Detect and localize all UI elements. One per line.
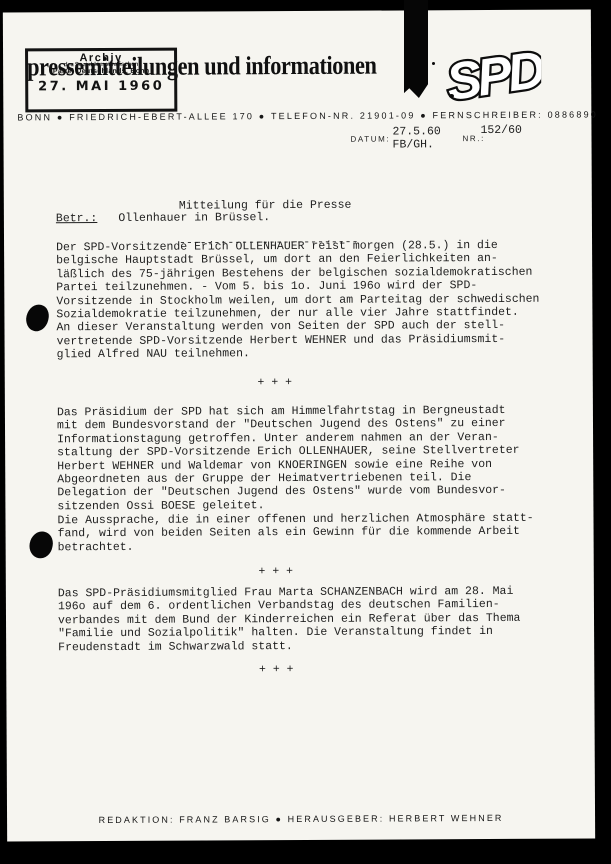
punch-hole-bottom bbox=[28, 530, 55, 560]
stamp-line-party1: der Sozialdemokratischen bbox=[28, 62, 174, 69]
footer-credits: REDAKTION: FRANZ BARSIG ● HERAUSGEBER: H… bbox=[7, 812, 595, 825]
separator-3: + + + bbox=[6, 662, 546, 678]
paragraph-4: Das SPD-Präsidiumsmitglied Frau Marta SC… bbox=[58, 585, 521, 654]
subject-line: Betr.:Ollenhauer in Brüssel. bbox=[56, 211, 270, 226]
archive-stamp: Archiv der Sozialdemokratischen Partei D… bbox=[25, 48, 177, 113]
scanner-background: { "doc": { "masthead": "pressemitteilung… bbox=[0, 0, 611, 864]
stamp-date: 27. MAI 1960 bbox=[28, 79, 174, 95]
spd-logo-text: SPD bbox=[443, 41, 542, 113]
scan-speck bbox=[449, 94, 454, 98]
separator-1: + + + bbox=[5, 375, 545, 391]
subject-text: Ollenhauer in Brüssel. bbox=[118, 211, 270, 225]
nr-value: 152/60 bbox=[480, 124, 521, 138]
paragraph-3: Die Aussprache, die in einer offenen und… bbox=[57, 512, 533, 555]
subject-label: Betr.: bbox=[56, 212, 97, 225]
datum-value: 27.5.60 bbox=[392, 125, 440, 139]
separator-2: + + + bbox=[6, 564, 546, 580]
datum-label: DATUM: bbox=[350, 135, 390, 144]
paragraph-1: Der SPD-Vorsitzende Erich OLLENHAUER rei… bbox=[56, 239, 540, 362]
scan-artifact-strip bbox=[404, 0, 428, 98]
spd-logo-icon: SPD bbox=[441, 30, 541, 119]
paragraph-2: Das Präsidium der SPD hat sich am Himmel… bbox=[57, 404, 520, 514]
stamp-line-party2: Partei Deutschlands, Bonn bbox=[28, 68, 174, 76]
punch-hole-top bbox=[24, 302, 52, 333]
document-page: pressemitteilungen und informationen Arc… bbox=[3, 9, 595, 841]
scan-speck bbox=[432, 62, 435, 65]
datum-ref: FB/GH. bbox=[392, 138, 433, 152]
